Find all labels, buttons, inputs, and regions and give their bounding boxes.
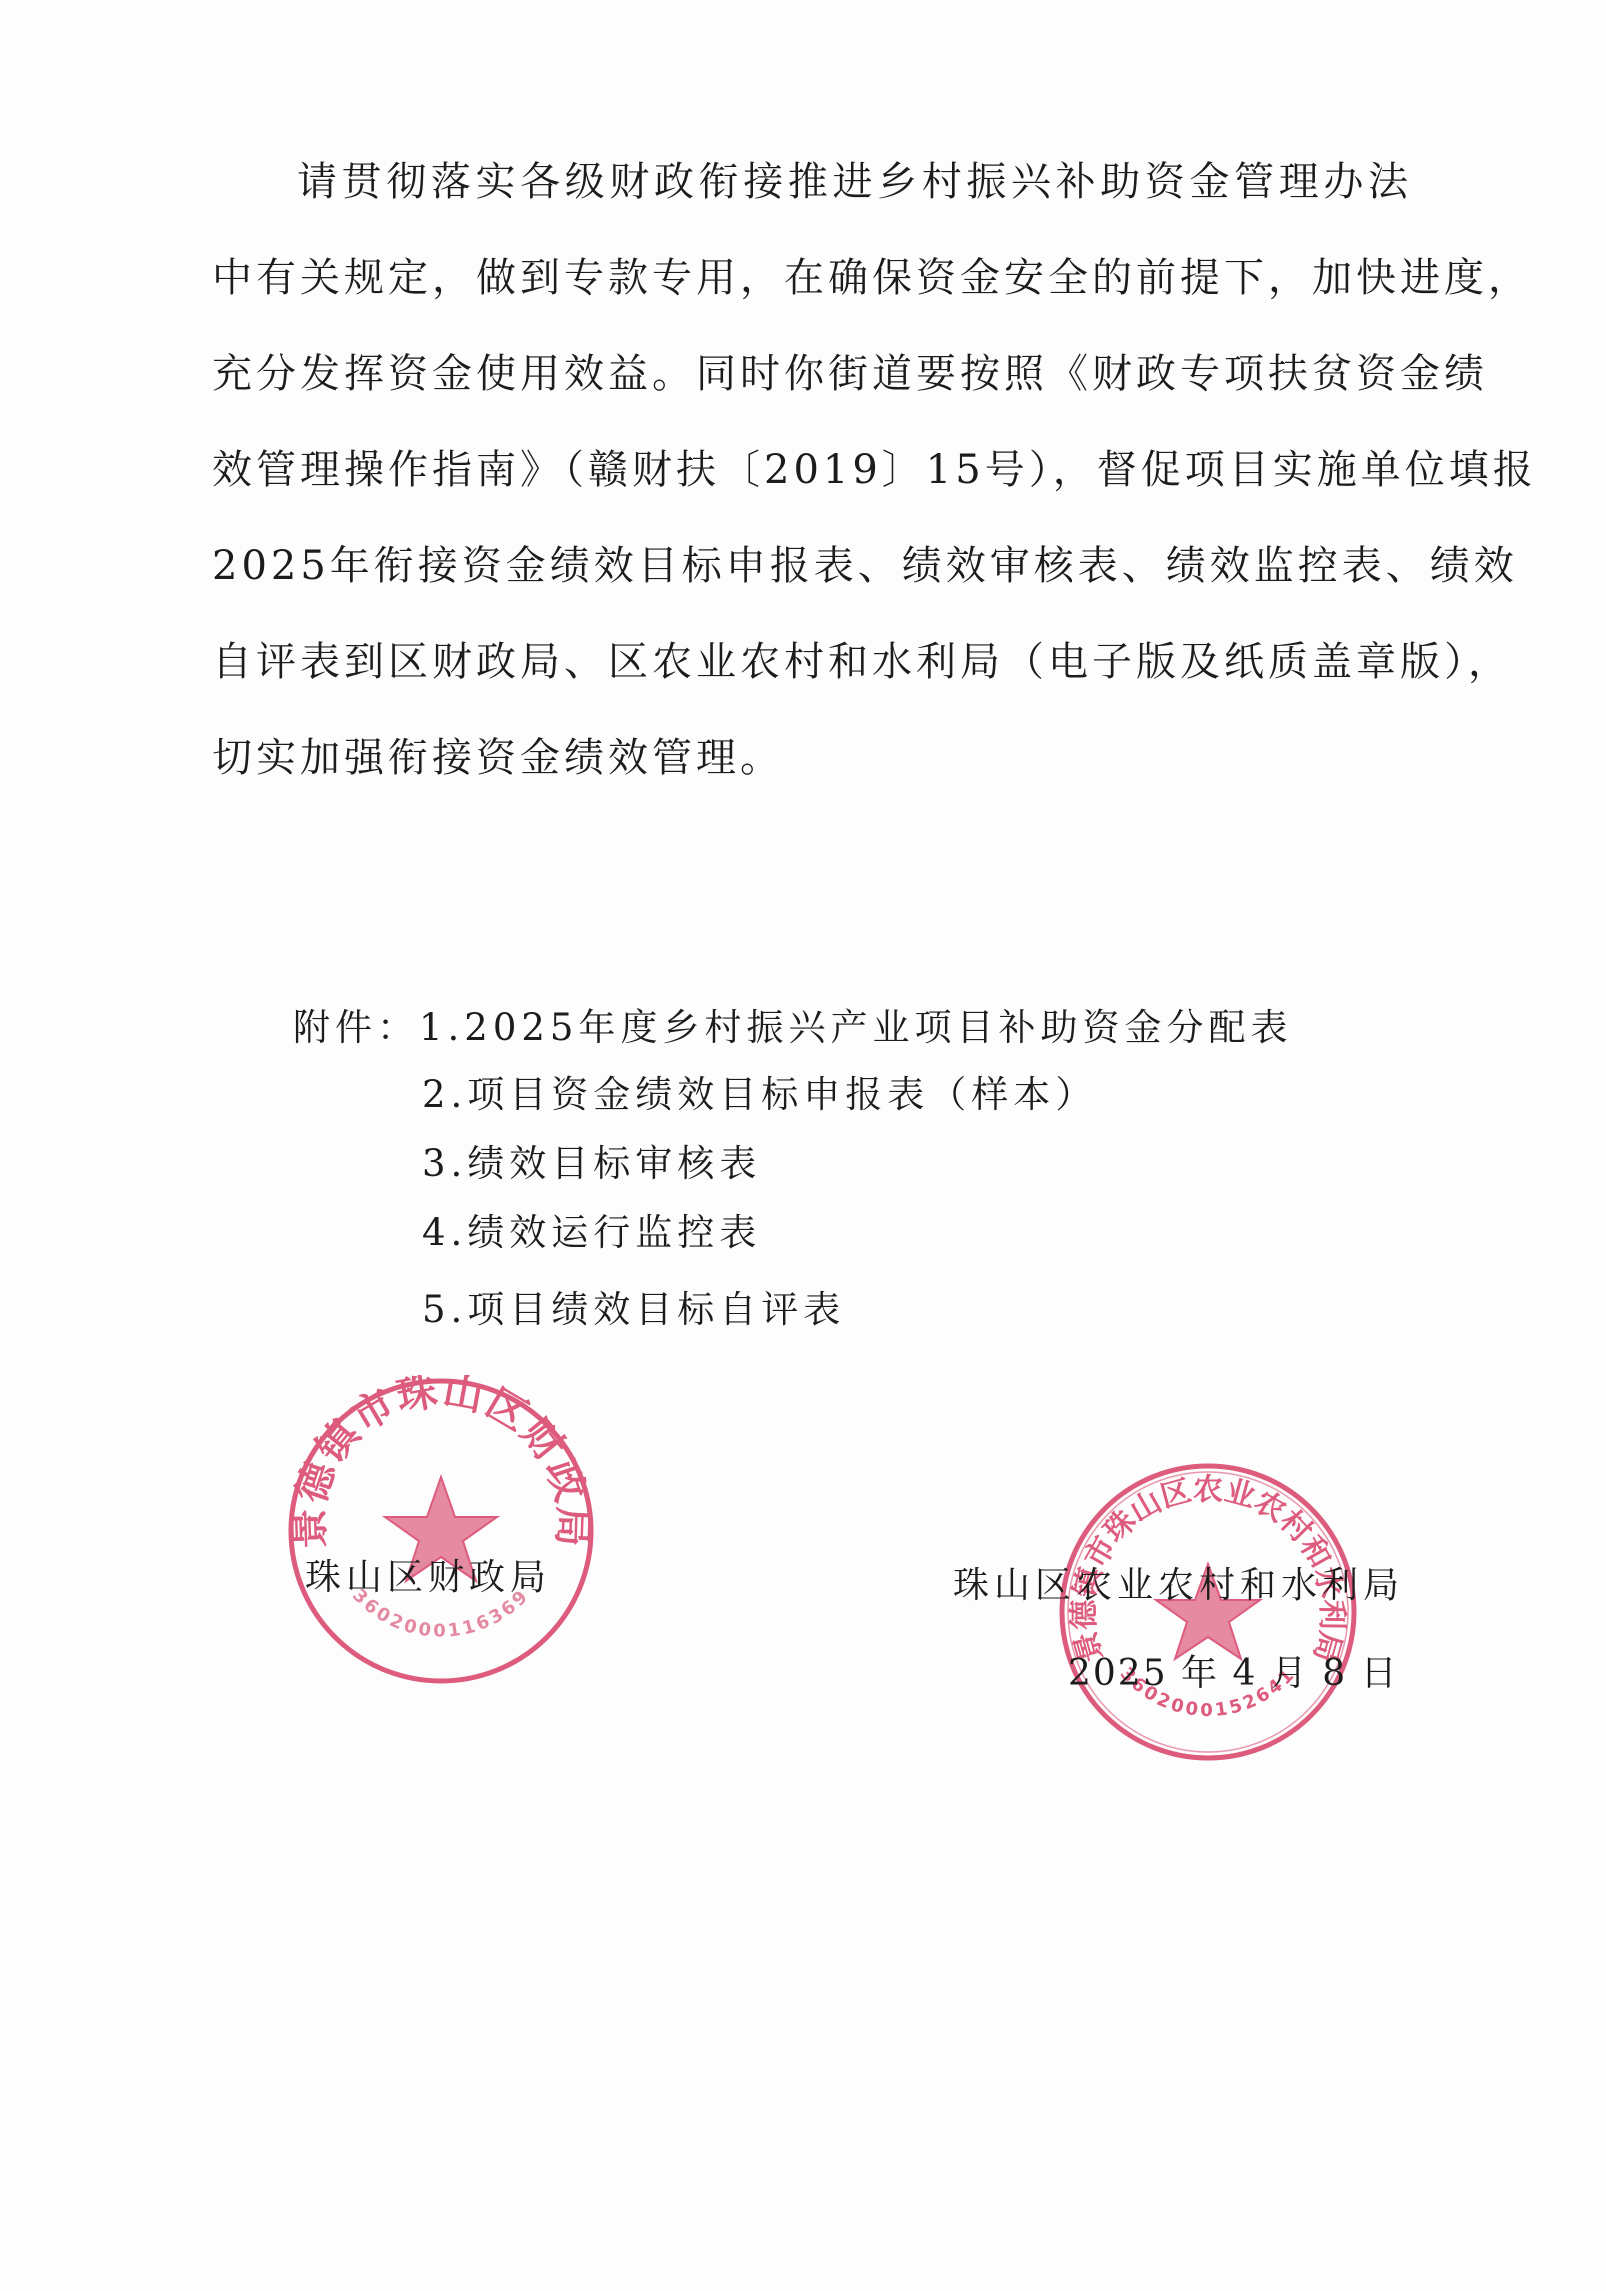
attachment-item-2: 2.项目资金绩效目标申报表（样本） [422,1070,1097,1120]
agriculture-bureau-seal: 景德镇市珠山区农业农村和水利局 3602000152641 [1056,1460,1360,1764]
body-line: 自评表到区财政局、区农业农村和水利局（电子版及纸质盖章版）， [212,634,1412,690]
finance-bureau-seal: 景德镇市珠山区财政局 3602000116369 [285,1375,597,1687]
signature-finance-bureau: 珠山区财政局 [305,1554,551,1602]
attachment-item-1: 附件：1.2025年度乡村振兴产业项目补助资金分配表 [293,1003,1292,1053]
attachment-item-4: 4.绩效运行监控表 [422,1208,761,1258]
attachment-item-5: 5.项目绩效目标自评表 [422,1285,845,1335]
document-date: 2025 年 4 月 8 日 [1068,1650,1399,1698]
body-line: 中有关规定，做到专款专用，在确保资金安全的前提下，加快进度， [212,250,1412,306]
document-page: 景德镇市珠山区财政局 3602000116369 景德镇市珠山区农业农村和水利局… [0,0,1606,2291]
attachment-title: 1.2025年度乡村振兴产业项目补助资金分配表 [419,1006,1292,1049]
signature-agriculture-bureau: 珠山区农业农村和水利局 [953,1562,1404,1610]
attachment-item-3: 3.绩效目标审核表 [422,1139,761,1189]
body-line: 切实加强衔接资金绩效管理。 [212,730,1412,786]
attachments-label: 附件： [293,1006,419,1049]
body-line: 2025年衔接资金绩效目标申报表、绩效审核表、绩效监控表、绩效 [212,538,1412,594]
body-line: 效管理操作指南》（赣财扶〔2019〕15号），督促项目实施单位填报 [212,442,1412,498]
body-line: 请贯彻落实各级财政衔接推进乡村振兴补助资金管理办法 [297,154,1412,210]
body-line: 充分发挥资金使用效益。同时你街道要按照《财政专项扶贫资金绩 [212,346,1412,402]
